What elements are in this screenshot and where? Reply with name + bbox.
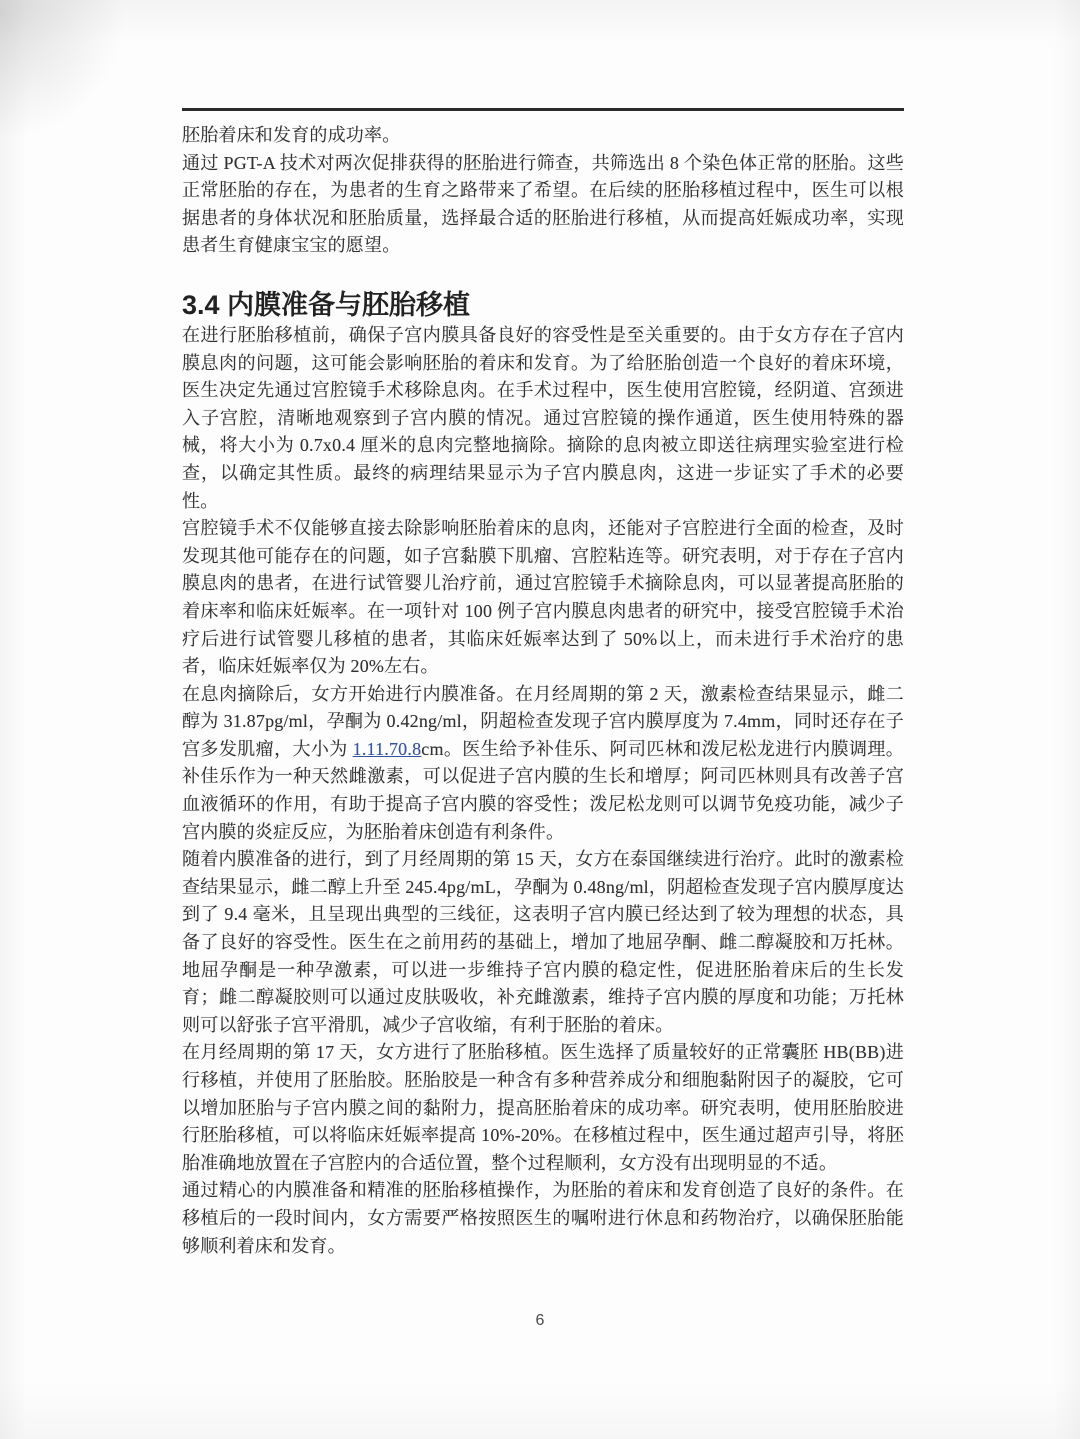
document-content: 胚胎着床和发育的成功率。 通过 PGT-A 技术对两次促排获得的胚胎进行筛查，共… bbox=[182, 108, 904, 1260]
polyp-size-link[interactable]: 1.11.70.8 bbox=[353, 739, 422, 759]
paragraph-pgt-screening: 通过 PGT-A 技术对两次促排获得的胚胎进行筛查，共筛选出 8 个染色体正常的… bbox=[182, 150, 904, 260]
paragraph-day17-transfer: 在月经周期的第 17 天，女方进行了胚胎移植。医生选择了质量较好的正常囊胚 HB… bbox=[182, 1039, 904, 1177]
paragraph-continuation: 胚胎着床和发育的成功率。 bbox=[182, 122, 904, 150]
paragraph-surgery-benefits: 宫腔镜手术不仅能够直接去除影响胚胎着床的息肉，还能对子宫腔进行全面的检查，及时发… bbox=[182, 515, 904, 681]
paragraph-hysteroscopy-surgery: 在进行胚胎移植前，确保子宫内膜具备良好的容受性是至关重要的。由于女方存在子宫内膜… bbox=[182, 322, 904, 515]
paragraph-post-transfer: 通过精心的内膜准备和精准的胚胎移植操作，为胚胎的着床和发育创造了良好的条件。在移… bbox=[182, 1177, 904, 1260]
page-number: 6 bbox=[0, 1312, 1080, 1330]
paragraph-day15-treatment: 随着内膜准备的进行，到了月经周期的第 15 天，女方在泰国继续进行治疗。此时的激… bbox=[182, 846, 904, 1039]
document-page: 胚胎着床和发育的成功率。 通过 PGT-A 技术对两次促排获得的胚胎进行筛查，共… bbox=[0, 0, 1080, 1439]
header-rule bbox=[182, 108, 904, 111]
paragraph-endometrium-prep: 在息肉摘除后，女方开始进行内膜准备。在月经周期的第 2 天，激素检查结果显示，雌… bbox=[182, 681, 904, 847]
section-heading: 3.4 内膜准备与胚胎移植 bbox=[182, 288, 904, 322]
